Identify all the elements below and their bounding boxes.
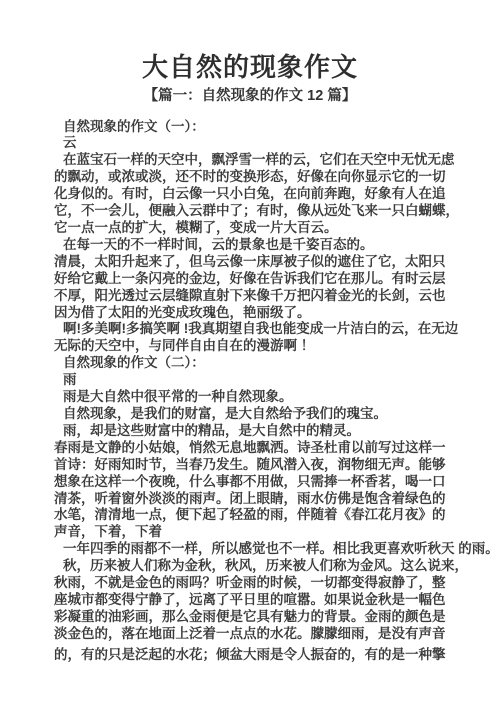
text-line: 清晨，太阳升起来了，但乌云像一床厚被子似的遮住了它，太阳只 [54,254,464,271]
text-line: 好给它戴上一条闪亮的金边，好像在告诉我们它在那儿。有时云层 [54,271,464,288]
text-line: 的飘动，或浓或淡，还不时的变换形态，好像在向你显示它的一切 [54,169,464,186]
text-line: 秋，历来被人们称为金秋，秋风，历来被人们称为金风。这么说来， [54,558,464,575]
text-line: 自然现象的作文（一）： [54,119,464,136]
text-line: 云 [54,135,464,152]
text-line: 淡金色的，落在地面上泛着一点点的水花。朦朦细雨，是没有声音 [54,626,464,643]
text-line: 不厚，阳光透过云层缝隙直射下来像千万把闪着金光的长剑，云也 [54,288,464,305]
text-line: 雨，却是这些财富中的精品，是大自然中的精灵。 [54,423,464,440]
document-title: 大自然的现象作文 [0,52,500,83]
text-line: 清茶，听着窗外淡淡的雨声。闭上眼睛，雨水仿佛是饱含着绿色的 [54,491,464,508]
text-line: 因为借了太阳的光变成玫瑰色，艳丽级了。 [54,305,464,322]
text-line: 在每一天的不一样时间，云的景象也是千姿百态的。 [54,237,464,254]
text-line: 雨是大自然中很平常的一种自然现象。 [54,389,464,406]
text-line: 想象在这样一个夜晚，什么事都不用做，只需捧一杯香茗，喝一口 [54,474,464,491]
text-line: 雨 [54,372,464,389]
text-line: 化身似的。有时，白云像一只小白兔，在向前奔跑，好象有人在追 [54,186,464,203]
document-subtitle: 【篇一：自然现象的作文 12 篇】 [0,88,500,105]
text-line: 自然现象的作文（二）： [54,355,464,372]
text-line: 声音，下着，下着 [54,524,464,541]
text-line: 春雨是文静的小姑娘，悄然无息地飘洒。诗圣杜甫以前写过这样一 [54,440,464,457]
text-line: 的，有的只是泛起的水花；倾盆大雨是令人振奋的，有的是一种擎 [54,647,464,664]
text-line: 彩凝重的油彩画，那么金雨便是它具有魅力的背景。金雨的颜色是 [54,609,464,626]
text-line: 水笔，清清地一点，便下起了轻盈的雨，伴随着《春江花月夜》的 [54,507,464,524]
text-line: 在蓝宝石一样的天空中，飘浮雪一样的云，它们在天空中无忧无虑 [54,152,464,169]
document-page: 大自然的现象作文 【篇一：自然现象的作文 12 篇】 自然现象的作文（一）：云在… [0,0,500,708]
body-text: 自然现象的作文（一）：云在蓝宝石一样的天空中，飘浮雪一样的云，它们在天空中无忧无… [0,119,500,664]
text-line: 一年四季的雨都不一样，所以感觉也不一样。相比我更喜欢听秋天 的雨。 [54,541,464,558]
text-line: 秋雨，不就是金色的雨吗？听金雨的时候，一切都变得寂静了，整 [54,575,464,592]
text-line: 它，不一会儿，便融入云群中了；有时，像从远处飞来一只白蝴蝶， [54,203,464,220]
text-line: 首诗：好雨知时节，当春乃发生。随风潜入夜，润物细无声。能够 [54,457,464,474]
text-line: 无际的天空中，与同伴自由自在的漫游啊 ！ [54,338,464,355]
text-line: 啊!多美啊!多搞笑啊 !我真期望自我也能变成一片洁白的云，在无边 [54,321,464,338]
text-line: 它一点一点的扩大，模糊了，变成一片大百云。 [54,220,464,237]
text-line: 座城市都变得宁静了，远离了平日里的喧嚣。如果说金秋是一幅色 [54,592,464,609]
text-line: 自然现象，是我们的财富，是大自然给予我们的瑰宝。 [54,406,464,423]
